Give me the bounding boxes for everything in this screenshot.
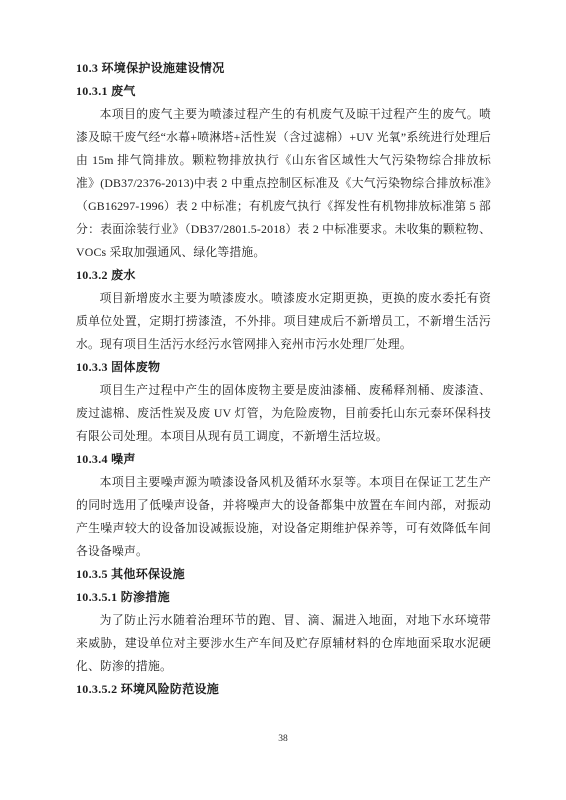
section-heading-10.3.4: 10.3.4 噪声 <box>76 448 491 471</box>
paragraph: 为了防止污水随着治理环节的跑、冒、滴、漏进入地面，对地下水环境带来威胁，建设单位… <box>76 609 491 678</box>
section-heading-10.3.5.2: 10.3.5.2 环境风险防范设施 <box>76 678 491 701</box>
document-body: 10.3 环境保护设施建设情况10.3.1 废气本项目的废气主要为喷漆过程产生的… <box>76 57 491 701</box>
paragraph: 项目新增废水主要为喷漆废水。喷漆废水定期更换，更换的废水委托有资质单位处置，定期… <box>76 287 491 356</box>
section-heading-10.3.5.1: 10.3.5.1 防渗措施 <box>76 586 491 609</box>
paragraph: 项目生产过程中产生的固体废物主要是废油漆桶、废稀释剂桶、废漆渣、废过滤棉、废活性… <box>76 379 491 448</box>
page-number: 38 <box>0 734 566 744</box>
document-page: 10.3 环境保护设施建设情况10.3.1 废气本项目的废气主要为喷漆过程产生的… <box>0 0 566 800</box>
section-heading-10.3.5: 10.3.5 其他环保设施 <box>76 563 491 586</box>
section-heading-10.3.2: 10.3.2 废水 <box>76 264 491 287</box>
paragraph: 本项目主要噪声源为喷漆设备风机及循环水泵等。本项目在保证工艺生产的同时选用了低噪… <box>76 471 491 563</box>
section-heading-10.3: 10.3 环境保护设施建设情况 <box>76 57 491 80</box>
section-heading-10.3.3: 10.3.3 固体废物 <box>76 356 491 379</box>
section-heading-10.3.1: 10.3.1 废气 <box>76 80 491 103</box>
paragraph: 本项目的废气主要为喷漆过程产生的有机废气及晾干过程产生的废气。喷漆及晾干废气经“… <box>76 103 491 264</box>
